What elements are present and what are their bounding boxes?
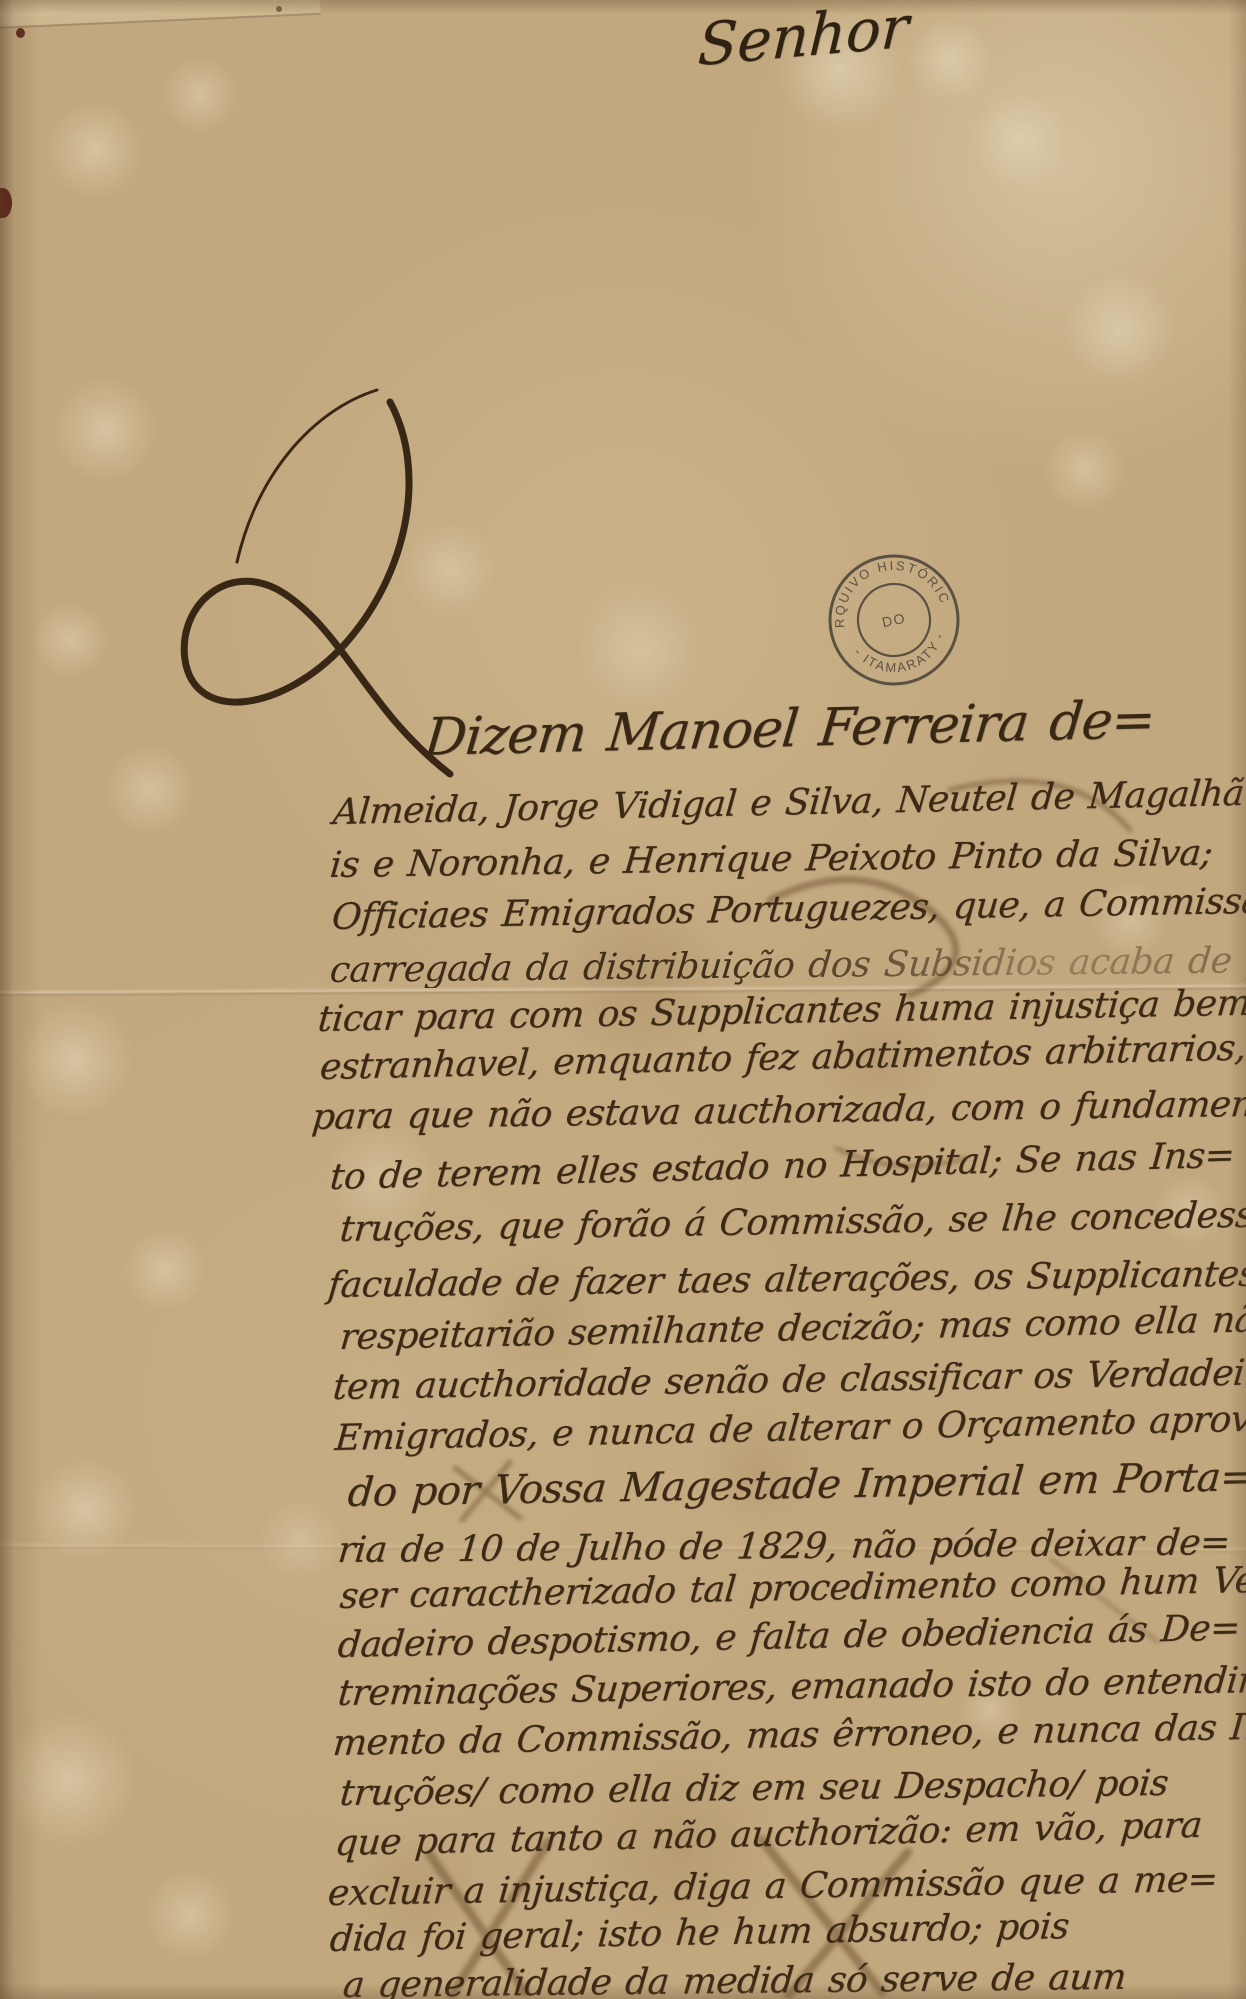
manuscript-line: que para tanto a não aucthorizão: em vão… <box>333 1808 1203 1862</box>
manuscript-line: tem aucthoridade senão de classificar os… <box>331 1355 1246 1406</box>
drop-cap-flourish <box>165 382 465 802</box>
manuscript-line: do por Vossa Magestade Imperial em Porta… <box>346 1457 1246 1513</box>
stamp-center-text: DO <box>881 610 908 631</box>
wax-mark <box>16 28 25 38</box>
manuscript-line: Almeida, Jorge Vidigal e Silva, Neutel d… <box>331 775 1246 831</box>
manuscript-line: Officiaes Emigrados Portuguezes, que, a … <box>330 882 1246 936</box>
manuscript-line: ser caractherizado tal procedimento como… <box>338 1562 1246 1615</box>
manuscript-line: dida foi geral; isto he hum absurdo; poi… <box>328 1909 1070 1958</box>
manuscript-line: carregada da distribuição dos Subsidios … <box>328 942 1246 989</box>
manuscript-line: mento da Commissão, mas êrroneo, e nunca… <box>331 1709 1246 1762</box>
manuscript-line: to de terem elles estado no Hospital; Se… <box>329 1138 1236 1196</box>
ink-fleck <box>276 6 282 12</box>
manuscript-line: dadeiro despotismo, e falta de obedienci… <box>336 1611 1241 1664</box>
manuscript-line: respeitarião semilhante decizão; mas com… <box>338 1302 1246 1356</box>
manuscript-line: is e Noronha, e Henrique Peixoto Pinto d… <box>328 836 1214 884</box>
stamp-arc-top-text: ARQUIVO HISTÓRICO <box>806 532 954 634</box>
manuscript-line: truções/ como ella diz em seu Despacho/ … <box>338 1766 1169 1812</box>
manuscript-line: faculdade de fazer taes alterações, os S… <box>326 1257 1246 1304</box>
manuscript-line: a generalidade da medida só serve de aum <box>341 1960 1127 1999</box>
wax-mark <box>0 188 12 218</box>
manuscript-line: excluir a injustiça, diga a Commissão qu… <box>326 1862 1219 1912</box>
archive-stamp: ARQUIVO HISTÓRICO - ITAMARATY - DO <box>806 532 982 708</box>
salutation-text: Senhor <box>696 0 910 74</box>
manuscript-line: estranhavel, emquanto fez abatimentos ar… <box>318 1031 1246 1086</box>
manuscript-line: truções, que forão á Commissão, se lhe c… <box>338 1196 1246 1248</box>
manuscript-line: treminações Superiores, emanado isto do … <box>336 1663 1246 1712</box>
page-edge-sliver <box>0 0 321 29</box>
manuscript-line: para que não estava aucthorizada, com o … <box>310 1086 1246 1136</box>
manuscript-line: Emigrados, e nunca de alterar o Orçament… <box>333 1401 1246 1457</box>
opening-line: Dizem Manoel Ferreira de= <box>422 694 1156 764</box>
manuscript-page: Senhor Dizem Manoel Ferreira de= Almeida… <box>0 0 1246 1999</box>
